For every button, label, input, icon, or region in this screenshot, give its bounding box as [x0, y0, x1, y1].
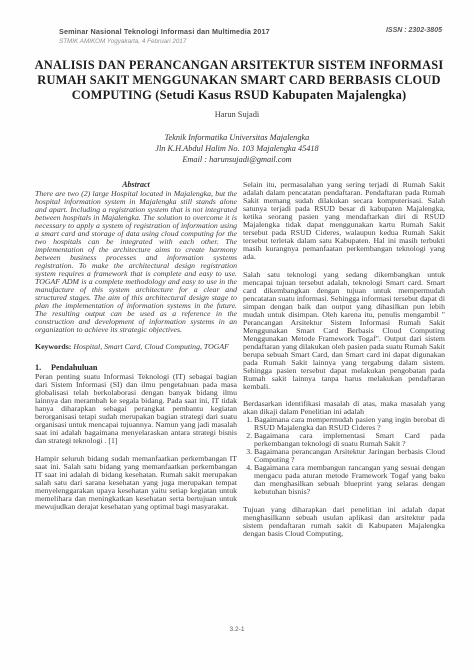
title-line-1: ANALISIS DAN PERANCANGAN ARSITEKTUR SIST… — [32, 58, 446, 73]
keywords-line: Keywords: Hospital, Smart Card, Cloud Co… — [35, 343, 237, 351]
paragraph-objective: Tujuan yang diharapkan dari penelitian i… — [243, 506, 445, 538]
title-line-2: RUMAH SAKIT MENGGUNAKAN SMART CARD BERBA… — [32, 73, 446, 88]
left-column: Abstract There are two (2) large Hospita… — [35, 180, 237, 538]
section-1-title: Pendahuluan — [51, 363, 97, 372]
conference-venue-date: STMIK AMIKOM Yogyakarta, 4 Februari 2017 — [59, 38, 270, 45]
keywords-label: Keywords: — [35, 342, 71, 351]
page-header: Seminar Nasional Teknologi Informasi dan… — [0, 0, 474, 45]
two-column-body: Abstract There are two (2) large Hospita… — [35, 180, 445, 538]
title-line-3: COMPUTING (Setudi Kasus RSUD Kabupaten M… — [32, 88, 446, 103]
issn-label: ISSN : 2302-3805 — [386, 27, 442, 34]
header-left-block: Seminar Nasional Teknologi Informasi dan… — [59, 27, 270, 45]
affiliation-department: Teknik Informatika Universitas Majalengk… — [0, 132, 474, 143]
paper-page: Seminar Nasional Teknologi Informasi dan… — [0, 0, 474, 670]
section-1-heading: 1.Pendahuluan — [35, 363, 237, 372]
problem-item-3: Bagaimana perancangan Arsitektur Jaringa… — [254, 448, 445, 464]
problem-item-4: Bagaimana cara membangun rancangan yang … — [254, 464, 445, 496]
paragraph-intro-2: Hampir seluruh bidang sudah memanfaatkan… — [35, 455, 237, 511]
problem-item-2: Bagaimana cara implementasi Smart Card p… — [254, 432, 445, 448]
paragraph-smartcard: Salah satu teknologi yang sedang dikemba… — [243, 271, 445, 391]
keywords-value: Hospital, Smart Card, Cloud Computing, T… — [71, 342, 228, 351]
section-1-number: 1. — [35, 363, 51, 372]
abstract-heading: Abstract — [35, 180, 237, 189]
right-column: Selain itu, permasalahan yang sering ter… — [243, 180, 445, 538]
problem-item-1: Bagaimana cara mempermudah pasien yang i… — [254, 416, 445, 432]
author-name: Harun Sujadi — [0, 110, 474, 119]
problem-list: Bagaimana cara mempermudah pasien yang i… — [243, 416, 445, 496]
affiliation-email: Email : harunsujadi@gmail.com — [0, 154, 474, 165]
page-number: 3.2-1 — [0, 626, 474, 633]
conference-name: Seminar Nasional Teknologi Informasi dan… — [59, 27, 270, 36]
paragraph-problem-intro: Berdasarkan identifikasi masalah di atas… — [243, 400, 445, 416]
affiliation-block: Teknik Informatika Universitas Majalengk… — [0, 132, 474, 165]
paragraph-intro-1: Peran penting suatu Informasi Teknologi … — [35, 373, 237, 445]
abstract-body: There are two (2) large Hospital located… — [35, 190, 237, 334]
paper-title: ANALISIS DAN PERANCANGAN ARSITEKTUR SIST… — [32, 58, 446, 104]
paragraph-problem-context: Selain itu, permasalahan yang sering ter… — [243, 181, 445, 261]
affiliation-address: Jln K.H.Abdul Halim No. 103 Majalengka 4… — [0, 143, 474, 154]
